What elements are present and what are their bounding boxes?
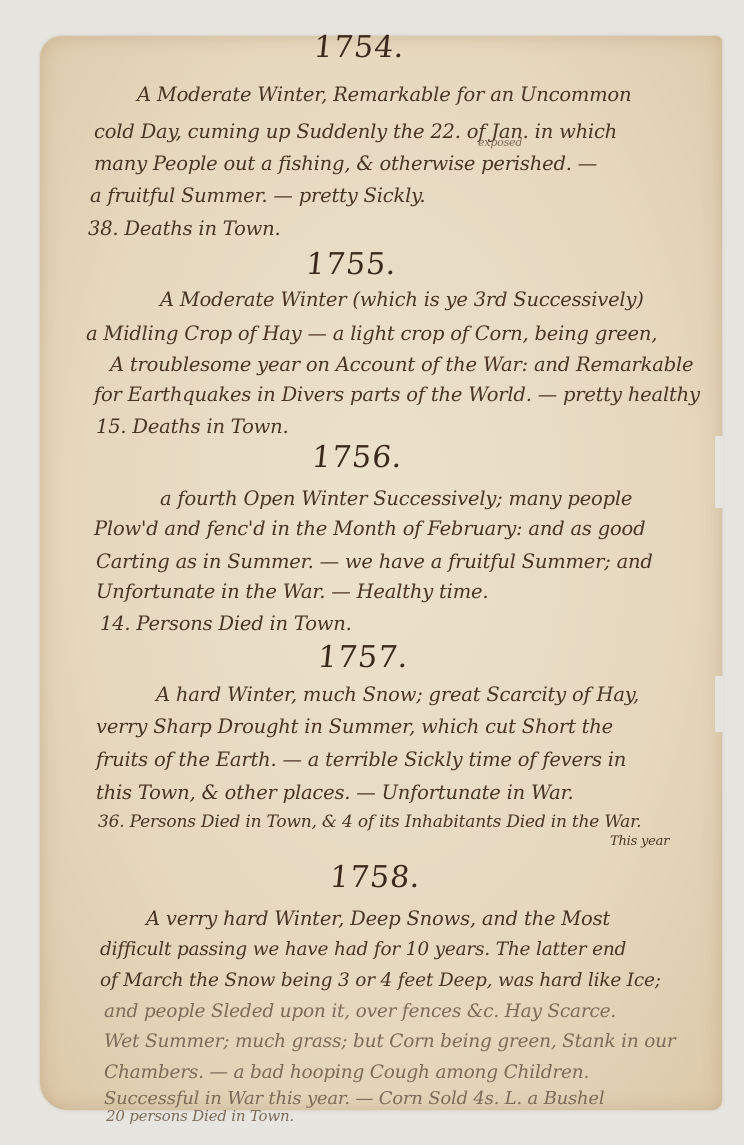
entry-line: a fruitful Summer. — pretty Sickly. <box>90 184 425 207</box>
entry-line: Chambers. — a bad hooping Cough among Ch… <box>104 1062 589 1083</box>
torn-edge <box>715 436 723 508</box>
entry-line: this Town, & other places. — Unfortunate… <box>96 781 574 804</box>
interlinear-note: exposed <box>478 136 522 149</box>
entry-line: cold Day, cuming up Suddenly the 22. of … <box>94 120 617 143</box>
year-heading: 1754. <box>312 30 407 65</box>
entry-line: Successful in War this year. — Corn Sold… <box>104 1088 604 1109</box>
entry-line: A hard Winter, much Snow; great Scarcity… <box>156 683 639 706</box>
margin-note: This year <box>610 834 669 849</box>
year-heading: 1755. <box>304 247 399 282</box>
death-count: 20 persons Died in Town. <box>106 1107 294 1125</box>
entry-line: many People out a fishing, & otherwise p… <box>94 152 597 175</box>
entry-line: fruits of the Earth. — a terrible Sickly… <box>96 748 626 771</box>
entry-line: A Moderate Winter, Remarkable for an Unc… <box>137 83 631 106</box>
year-heading: 1757. <box>316 640 411 675</box>
entry-line: for Earthquakes in Divers parts of the W… <box>94 383 700 406</box>
entry-line: verry Sharp Drought in Summer, which cut… <box>96 715 613 738</box>
entry-line: a fourth Open Winter Successively; many … <box>160 487 632 510</box>
entry-line: Carting as in Summer. — we have a fruitf… <box>96 550 653 573</box>
death-count: 36. Persons Died in Town, & 4 of its Inh… <box>98 812 641 832</box>
torn-edge <box>715 676 723 732</box>
entry-line: Wet Summer; much grass; but Corn being g… <box>104 1031 676 1052</box>
death-count: 38. Deaths in Town. <box>88 217 281 240</box>
entry-line: A verry hard Winter, Deep Snows, and the… <box>146 907 610 930</box>
death-count: 14. Persons Died in Town. <box>100 612 352 635</box>
entry-line: of March the Snow being 3 or 4 feet Deep… <box>100 970 661 991</box>
entry-line: Unfortunate in the War. — Healthy time. <box>96 580 488 603</box>
entry-line: A Moderate Winter (which is ye 3rd Succe… <box>160 288 644 311</box>
entry-line: a Midling Crop of Hay — a light crop of … <box>86 322 657 345</box>
year-heading: 1758. <box>328 860 423 895</box>
entry-line: and people Sleded upon it, over fences &… <box>104 1001 616 1022</box>
entry-line: difficult passing we have had for 10 yea… <box>100 939 626 960</box>
entry-line: Plow'd and fenc'd in the Month of Februa… <box>94 517 645 540</box>
death-count: 15. Deaths in Town. <box>96 415 289 438</box>
entry-line: A troublesome year on Account of the War… <box>110 353 693 376</box>
year-heading: 1756. <box>310 440 405 475</box>
